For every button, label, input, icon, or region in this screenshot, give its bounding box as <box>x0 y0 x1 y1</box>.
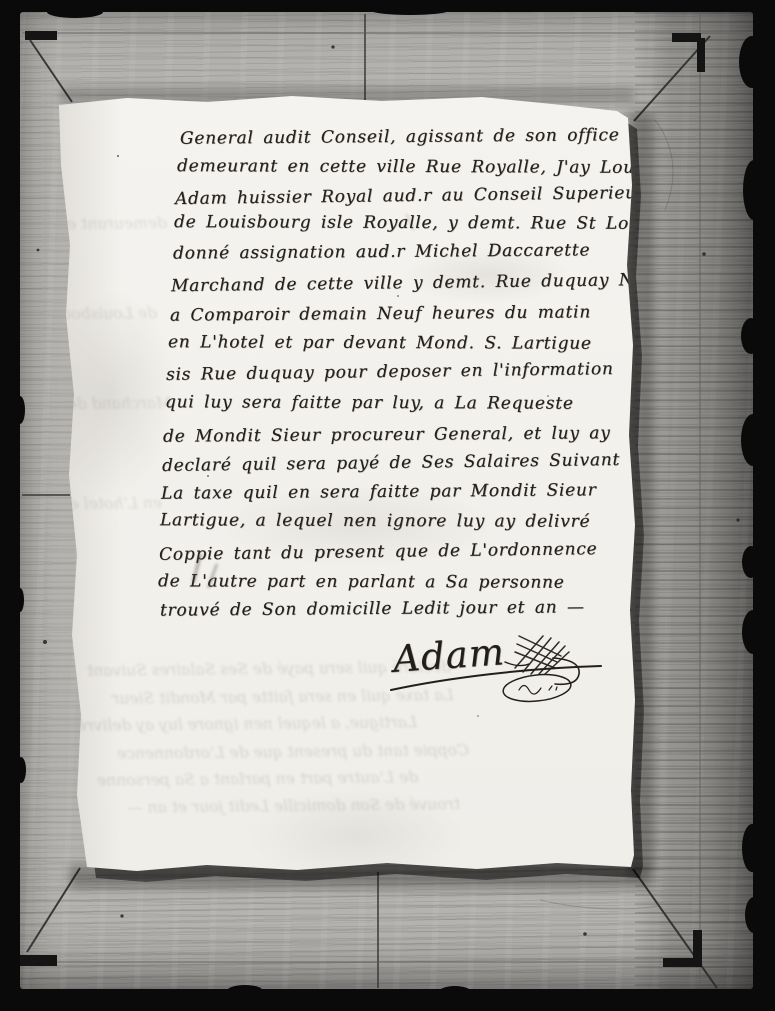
manuscript-line: La taxe quil en sera faitte par Mondit S… <box>161 479 597 504</box>
manuscript-line: Adam huissier Royal aud.r au Conseil Sup… <box>175 182 646 210</box>
manuscript-line: Coppie tant du present que de L'ordonnen… <box>159 538 598 566</box>
manuscript-line: trouvé de Son domicille Ledit jour et an… <box>160 596 585 621</box>
manuscript-line: de Louisbourg isle Royalle, y demt. Rue … <box>174 211 663 235</box>
signature-flourish-paraph <box>387 628 642 718</box>
manuscript-line: Lartigue, a lequel nen ignore luy ay del… <box>160 509 590 533</box>
manuscript-line: de L'autre part en parlant a Sa personne <box>158 570 565 593</box>
manuscript-line: demeurant en cette ville Rue Royalle, J'… <box>177 155 651 179</box>
manuscript-line: qui luy sera faitte par luy, a La Reques… <box>165 391 574 414</box>
manuscript-page: declaré quil sera payé de Ses Salaires S… <box>57 95 641 877</box>
paper-specks <box>117 155 119 157</box>
microfilm-photograph: declaré quil sera payé de Ses Salaires S… <box>0 0 775 1011</box>
manuscript-text: General audit Conseil, agissant de son o… <box>57 95 641 877</box>
paper-shadow-bottom <box>70 866 650 888</box>
manuscript-line: a Comparoir demain Neuf heures du matin <box>170 301 591 326</box>
manuscript-line: donné assignation aud.r Michel Daccarett… <box>173 239 590 264</box>
signature-block: Adam <box>387 628 642 718</box>
manuscript-line: de Mondit Sieur procureur General, et lu… <box>163 422 611 448</box>
manuscript-line: declaré quil sera payé de Ses Salaires S… <box>162 449 620 477</box>
manuscript-line: en L'hotel et par devant Mond. S. Lartig… <box>168 331 592 354</box>
manuscript-line: Marchand de cette ville y demt. Rue duqu… <box>171 269 670 298</box>
manuscript-line: General audit Conseil, agissant de son o… <box>180 124 620 149</box>
manuscript-line: sis Rue duquay pour deposer en l'informa… <box>166 358 614 386</box>
